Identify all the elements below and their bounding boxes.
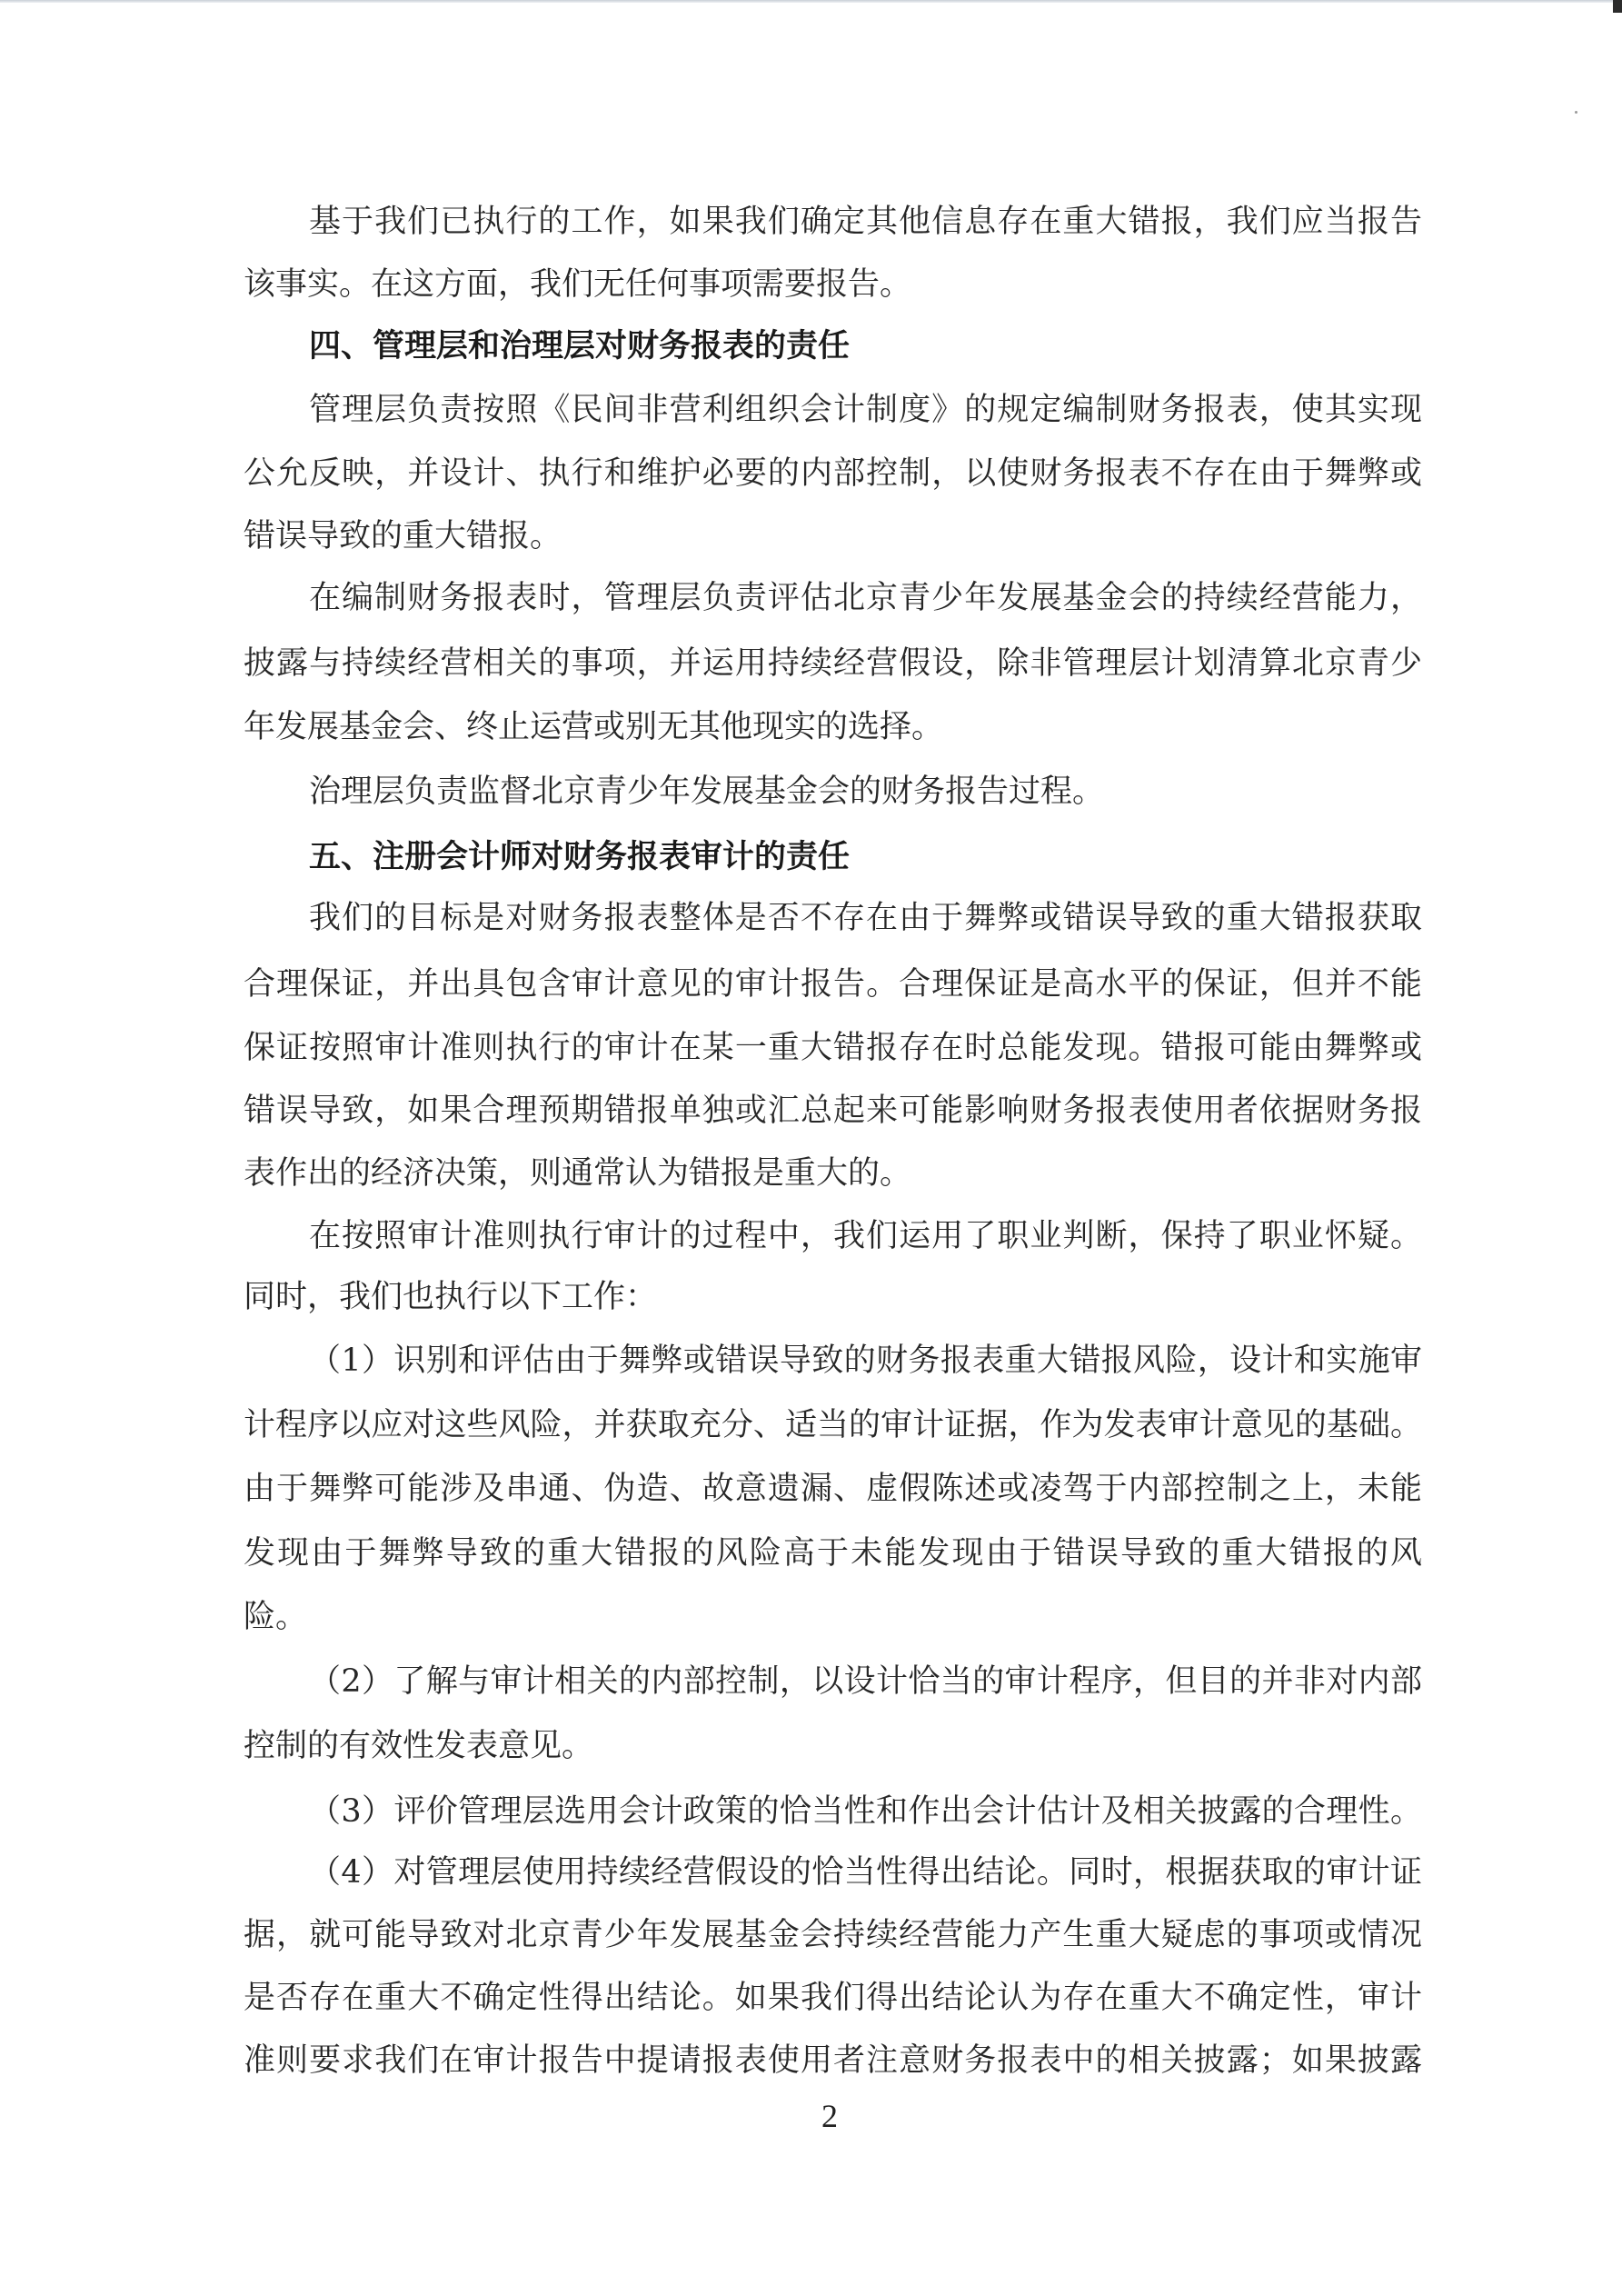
paragraph-line: 计程序以应对这些风险，并获取充分、适当的审计证据，作为发表审计意见的基础。 [244,1403,1422,1448]
list-item-4: （4）对管理层使用持续经营假设的恰当性得出结论。同时，根据获取的审计证 [309,1850,1422,1895]
paragraph-line: 错误导致的重大错报。 [244,514,1422,559]
paragraph-line: 基于我们已执行的工作，如果我们确定其他信息存在重大错报，我们应当报告 [309,199,1422,245]
paragraph-line: 据，就可能导致对北京青少年发展基金会持续经营能力产生重大疑虑的事项或情况 [244,1912,1422,1958]
paragraph-line: 治理层负责监督北京青少年发展基金会的财务报告过程。 [309,769,1422,814]
paragraph-line: 管理层负责按照《民间非营利组织会计制度》的规定编制财务报表，使其实现 [309,387,1422,433]
paragraph-line: 发现由于舞弊导致的重大错报的风险高于未能发现由于错误导致的重大错报的风 [244,1531,1422,1576]
paragraph-line: 披露与持续经营相关的事项，并运用持续经营假设，除非管理层计划清算北京青少 [244,641,1422,686]
paragraph-line: 同时，我们也执行以下工作： [244,1274,1422,1320]
paragraph-line: 保证按照审计准则执行的审计在某一重大错报存在时总能发现。错报可能由舞弊或 [244,1025,1422,1071]
paragraph-line: 年发展基金会、终止运营或别无其他现实的选择。 [244,704,1422,750]
document-page: 基于我们已执行的工作，如果我们确定其他信息存在重大错报，我们应当报告 该事实。在… [0,0,1622,2296]
list-item-1: （1）识别和评估由于舞弊或错误导致的财务报表重大错报风险，设计和实施审 [309,1338,1422,1383]
paragraph-line: 我们的目标是对财务报表整体是否不存在由于舞弊或错误导致的重大错报获取 [309,895,1422,941]
paragraph-line: 该事实。在这方面，我们无任何事项需要报告。 [244,262,1422,307]
paragraph-line: 是否存在重大不确定性得出结论。如果我们得出结论认为存在重大不确定性，审计 [244,1975,1422,2021]
paragraph-line: 准则要求我们在审计报告中提请报表使用者注意财务报表中的相关披露；如果披露 [244,2038,1422,2083]
paragraph-line: 公允反映，并设计、执行和维护必要的内部控制，以使财务报表不存在由于舞弊或 [244,451,1422,496]
section-heading-4: 四、管理层和治理层对财务报表的责任 [309,324,1422,369]
paragraph-line: 险。 [244,1594,1422,1640]
section-heading-5: 五、注册会计师对财务报表审计的责任 [309,834,1422,880]
paragraph-line: 错误导致，如果合理预期错报单独或汇总起来可能影响财务报表使用者依据财务报 [244,1088,1422,1133]
paragraph-line: 合理保证，并出具包含审计意见的审计报告。合理保证是高水平的保证，但并不能 [244,962,1422,1007]
paragraph-line: 由于舞弊可能涉及串通、伪造、故意遗漏、虚假陈述或凌驾于内部控制之上，未能 [244,1466,1422,1512]
paragraph-line: 表作出的经济决策，则通常认为错报是重大的。 [244,1151,1422,1196]
paragraph-line: 在按照审计准则执行审计的过程中，我们运用了职业判断，保持了职业怀疑。 [309,1213,1422,1259]
paragraph-line: 在编制财务报表时，管理层负责评估北京青少年发展基金会的持续经营能力， [309,575,1422,621]
list-item-2: （2）了解与审计相关的内部控制，以设计恰当的审计程序，但目的并非对内部 [309,1659,1422,1704]
paragraph-line: 控制的有效性发表意见。 [244,1723,1422,1769]
page-number: 2 [816,2095,843,2137]
list-item-3: （3）评价管理层选用会计政策的恰当性和作出会计估计及相关披露的合理性。 [309,1789,1422,1834]
